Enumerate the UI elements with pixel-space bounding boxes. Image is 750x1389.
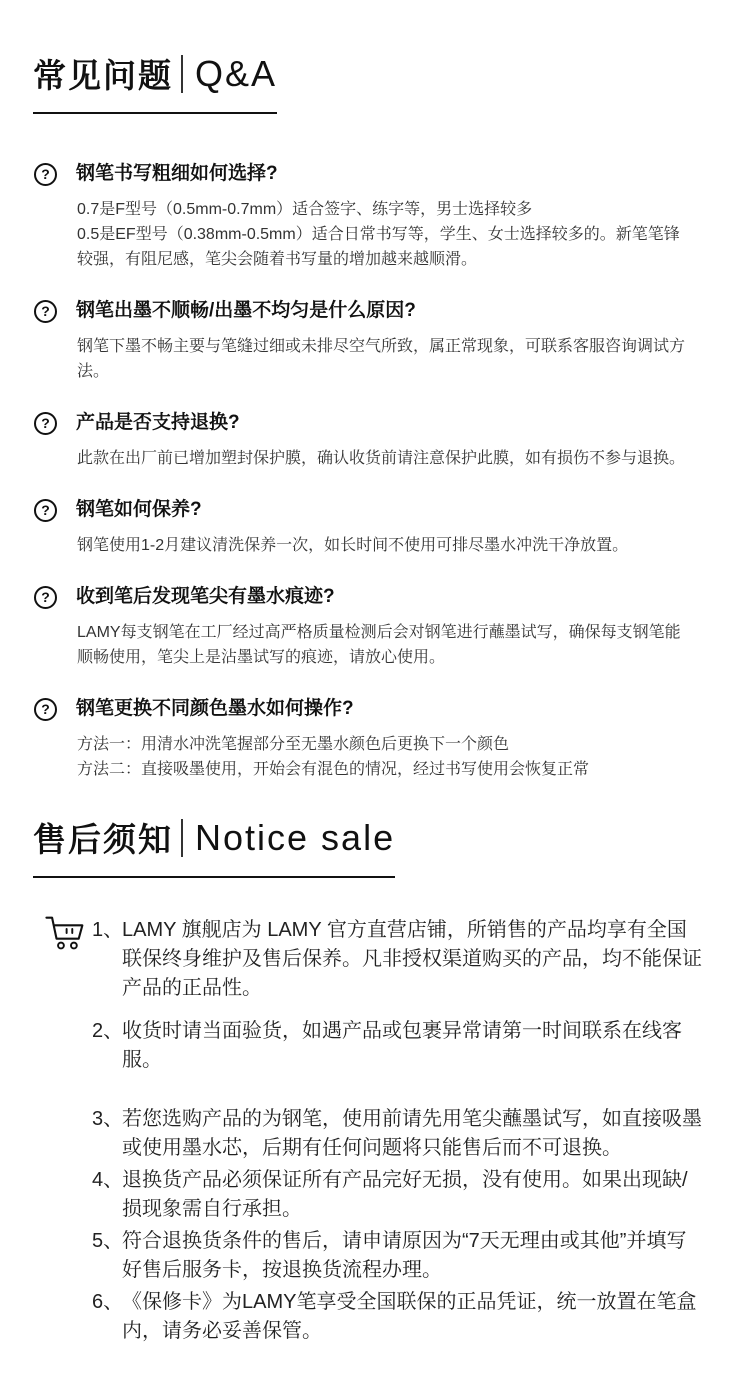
qa-question-row: ? 钢笔出墨不顺畅/出墨不均匀是什么原因? bbox=[34, 297, 750, 325]
qa-answer: 此款在出厂前已增加塑封保护膜，确认收货前请注意保护此膜，如有损伤不参与退换。 bbox=[77, 446, 685, 471]
product-detail-page: 常见问题 Q&A ? 钢笔书写粗细如何选择? 0.7是F型号（0.5mm-0.7… bbox=[0, 0, 750, 1389]
notice-item: 1、 LAMY 旗舰店为 LAMY 官方直营店铺，所销售的产品均享有全国联保终身… bbox=[92, 916, 702, 1003]
qa-item: ? 钢笔更换不同颜色墨水如何操作? 方法一：用清水冲洗笔握部分至无墨水颜色后更换… bbox=[0, 695, 750, 782]
question-mark-icon: ? bbox=[34, 586, 57, 609]
notice-item: 3、 若您选购产品的为钢笔，使用前请先用笔尖蘸墨试写，如直接吸墨或使用墨水芯，后… bbox=[92, 1105, 702, 1163]
notice-item: 2、 收货时请当面验货，如遇产品或包裹异常请第一时间联系在线客服。 bbox=[92, 1017, 702, 1075]
qa-answer: 0.7是F型号（0.5mm-0.7mm）适合签字、练字等，男士选择较多 0.5是… bbox=[77, 197, 685, 272]
notice-item-number: 6、 bbox=[92, 1288, 122, 1346]
qa-question: 钢笔如何保养? bbox=[76, 496, 202, 524]
question-mark-icon: ? bbox=[34, 499, 57, 522]
notice-item-number: 2、 bbox=[92, 1017, 122, 1075]
question-mark-glyph: ? bbox=[41, 701, 50, 717]
notice-title-en: Notice sale bbox=[195, 817, 395, 859]
qa-question-row: ? 钢笔更换不同颜色墨水如何操作? bbox=[34, 695, 750, 723]
question-mark-glyph: ? bbox=[41, 166, 50, 182]
qa-question-row: ? 收到笔后发现笔尖有墨水痕迹? bbox=[34, 583, 750, 611]
qa-item: ? 钢笔出墨不顺畅/出墨不均匀是什么原因? 钢笔下墨不畅主要与笔缝过细或未排尽空… bbox=[0, 297, 750, 384]
notice-item-text: 《保修卡》为LAMY笔享受全国联保的正品凭证，统一放置在笔盒内，请务必妥善保管。 bbox=[122, 1288, 702, 1346]
qa-item: ? 钢笔如何保养? 钢笔使用1-2月建议清洗保养一次，如长时间不使用可排尽墨水冲… bbox=[0, 496, 750, 558]
qa-question-row: ? 产品是否支持退换? bbox=[34, 409, 750, 437]
notice-section-header: 售后须知 Notice sale bbox=[33, 814, 395, 878]
qa-item: ? 产品是否支持退换? 此款在出厂前已增加塑封保护膜，确认收货前请注意保护此膜，… bbox=[0, 409, 750, 471]
qa-answer: 钢笔使用1-2月建议清洗保养一次，如长时间不使用可排尽墨水冲洗干净放置。 bbox=[77, 533, 685, 558]
qa-question: 钢笔更换不同颜色墨水如何操作? bbox=[76, 695, 354, 723]
header-divider bbox=[181, 819, 183, 857]
qa-question: 收到笔后发现笔尖有墨水痕迹? bbox=[76, 583, 335, 611]
qa-list: ? 钢笔书写粗细如何选择? 0.7是F型号（0.5mm-0.7mm）适合签字、练… bbox=[0, 160, 750, 782]
qa-answer: 方法一：用清水冲洗笔握部分至无墨水颜色后更换下一个颜色 方法二：直接吸墨使用，开… bbox=[77, 732, 685, 782]
question-mark-glyph: ? bbox=[41, 589, 50, 605]
notice-item-text: 符合退换货条件的售后，请申请原因为“7天无理由或其他”并填写好售后服务卡，按退换… bbox=[122, 1227, 702, 1285]
notice-item: 4、 退换货产品必须保证所有产品完好无损，没有使用。如果出现缺/损现象需自行承担… bbox=[92, 1166, 702, 1224]
header-divider bbox=[181, 55, 183, 93]
shopping-cart-icon bbox=[44, 914, 86, 952]
notice-item-number: 4、 bbox=[92, 1166, 122, 1224]
qa-question-row: ? 钢笔书写粗细如何选择? bbox=[34, 160, 750, 188]
qa-question: 钢笔书写粗细如何选择? bbox=[76, 160, 278, 188]
qa-section-header: 常见问题 Q&A bbox=[33, 50, 277, 114]
question-mark-icon: ? bbox=[34, 412, 57, 435]
notice-body: 1、 LAMY 旗舰店为 LAMY 官方直营店铺，所销售的产品均享有全国联保终身… bbox=[0, 916, 750, 1346]
qa-title-zh: 常见问题 bbox=[33, 50, 173, 97]
notice-item-text: 退换货产品必须保证所有产品完好无损，没有使用。如果出现缺/损现象需自行承担。 bbox=[122, 1166, 702, 1224]
notice-item-number: 5、 bbox=[92, 1227, 122, 1285]
notice-title-zh: 售后须知 bbox=[33, 814, 173, 861]
qa-question: 产品是否支持退换? bbox=[76, 409, 240, 437]
qa-title-en: Q&A bbox=[195, 53, 277, 95]
notice-item-text: LAMY 旗舰店为 LAMY 官方直营店铺，所销售的产品均享有全国联保终身维护及… bbox=[122, 916, 702, 1003]
notice-item-number: 3、 bbox=[92, 1105, 122, 1163]
notice-item-number: 1、 bbox=[92, 916, 122, 1003]
question-mark-glyph: ? bbox=[41, 502, 50, 518]
qa-item: ? 钢笔书写粗细如何选择? 0.7是F型号（0.5mm-0.7mm）适合签字、练… bbox=[0, 160, 750, 272]
qa-section: 常见问题 Q&A ? 钢笔书写粗细如何选择? 0.7是F型号（0.5mm-0.7… bbox=[0, 50, 750, 782]
qa-item: ? 收到笔后发现笔尖有墨水痕迹? LAMY每支钢笔在工厂经过高严格质量检测后会对… bbox=[0, 583, 750, 670]
notice-item-text: 收货时请当面验货，如遇产品或包裹异常请第一时间联系在线客服。 bbox=[122, 1017, 702, 1075]
question-mark-icon: ? bbox=[34, 300, 57, 323]
notice-item: 6、 《保修卡》为LAMY笔享受全国联保的正品凭证，统一放置在笔盒内，请务必妥善… bbox=[92, 1288, 702, 1346]
notice-item: 5、 符合退换货条件的售后，请申请原因为“7天无理由或其他”并填写好售后服务卡，… bbox=[92, 1227, 702, 1285]
question-mark-glyph: ? bbox=[41, 303, 50, 319]
question-mark-glyph: ? bbox=[41, 415, 50, 431]
question-mark-icon: ? bbox=[34, 163, 57, 186]
notice-item-text: 若您选购产品的为钢笔，使用前请先用笔尖蘸墨试写，如直接吸墨或使用墨水芯，后期有任… bbox=[122, 1105, 702, 1163]
notice-section: 售后须知 Notice sale 1、 LAMY 旗舰店为 LAMY 官方直营店… bbox=[0, 814, 750, 1346]
qa-question-row: ? 钢笔如何保养? bbox=[34, 496, 750, 524]
qa-answer: LAMY每支钢笔在工厂经过高严格质量检测后会对钢笔进行蘸墨试写，确保每支钢笔能顺… bbox=[77, 620, 685, 670]
qa-answer: 钢笔下墨不畅主要与笔缝过细或未排尽空气所致，属正常现象，可联系客服咨询调试方法。 bbox=[77, 334, 685, 384]
question-mark-icon: ? bbox=[34, 698, 57, 721]
notice-list: 1、 LAMY 旗舰店为 LAMY 官方直营店铺，所销售的产品均享有全国联保终身… bbox=[92, 916, 702, 1346]
qa-question: 钢笔出墨不顺畅/出墨不均匀是什么原因? bbox=[76, 297, 416, 325]
